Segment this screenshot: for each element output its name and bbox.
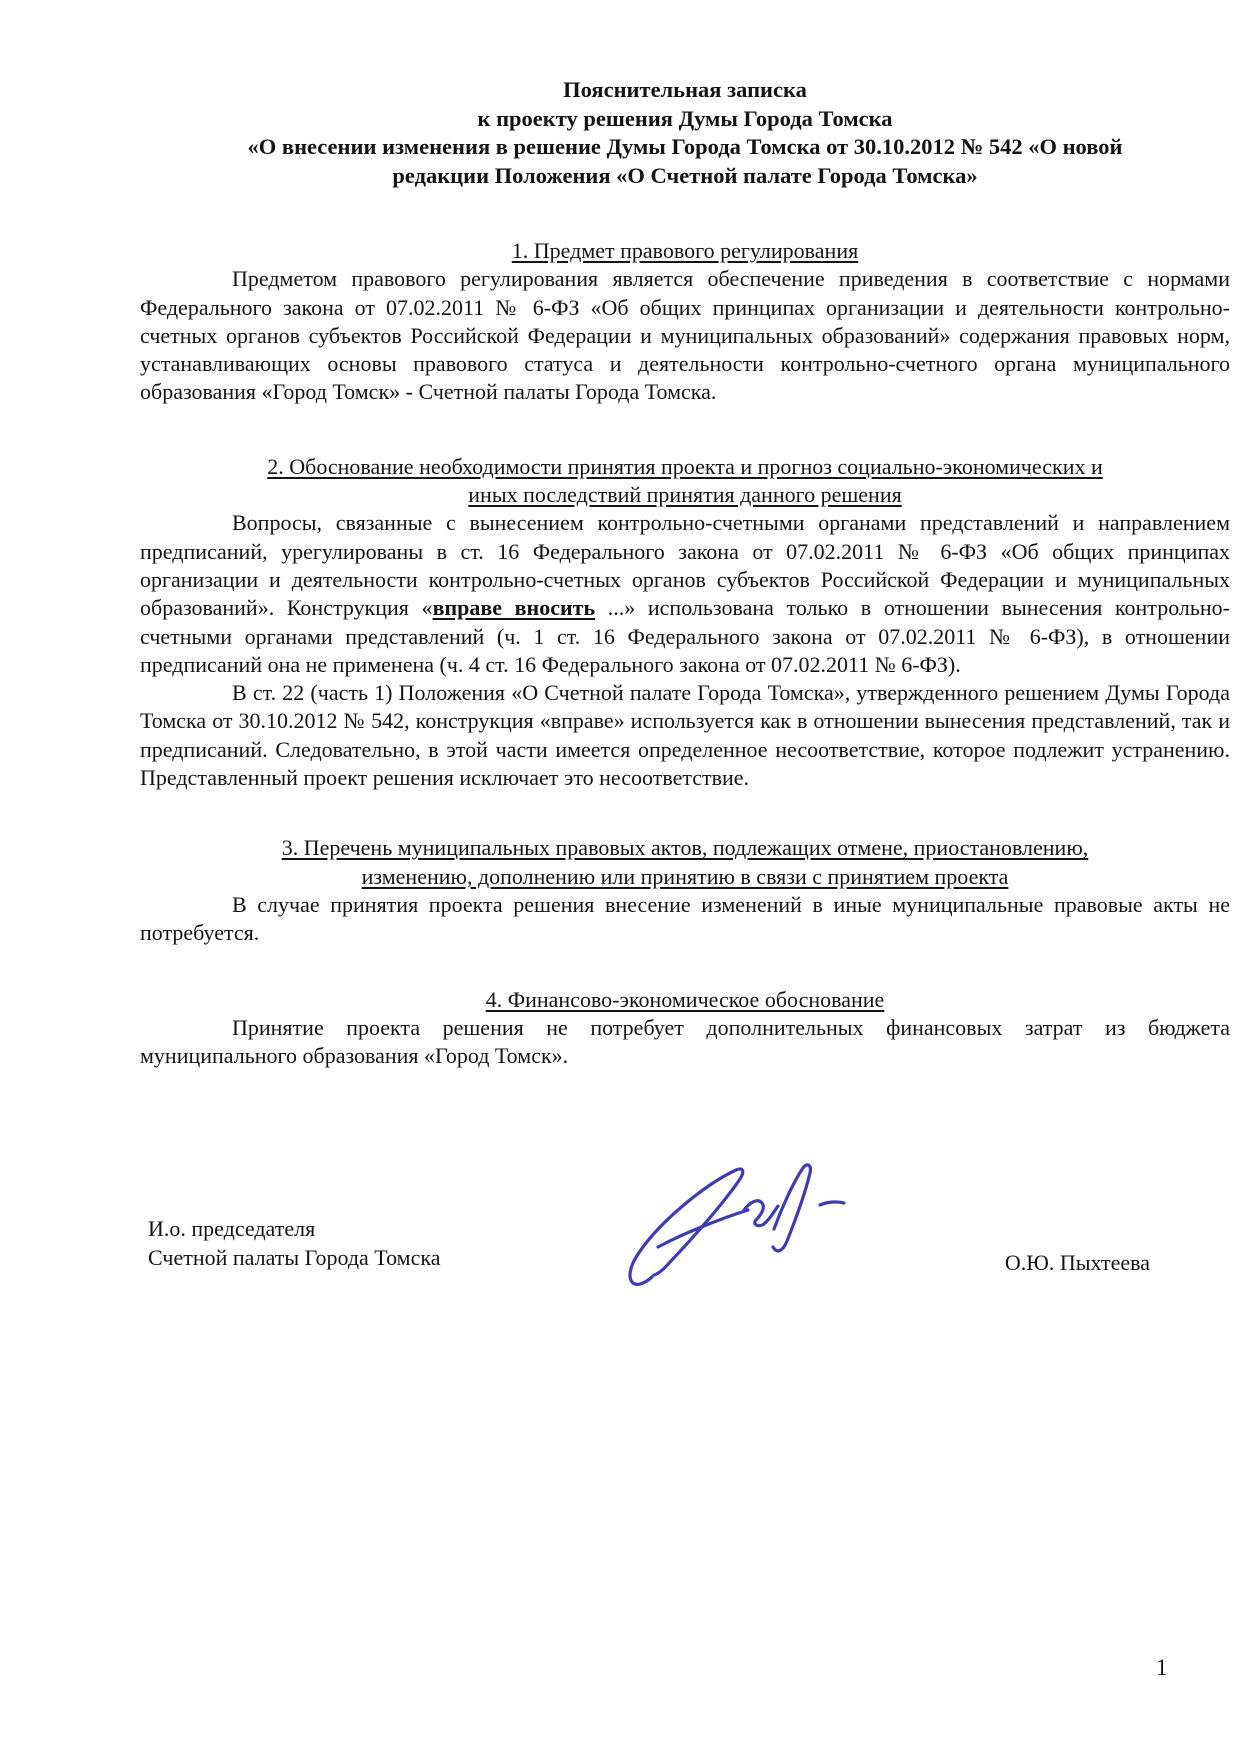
document-content: Пояснительная записка к проекту решения … (140, 76, 1230, 1355)
heading-line: изменению, дополнению или принятию в свя… (140, 863, 1230, 891)
emphasized-phrase: вправе вносить (433, 595, 596, 620)
signature-block: И.о. председателя Счетной палаты Города … (140, 1215, 1230, 1355)
paragraph: Принятие проекта решения не потребует до… (140, 1014, 1230, 1071)
heading-line: 3. Перечень муниципальных правовых актов… (140, 834, 1230, 862)
signer-position-line: И.о. председателя (148, 1215, 440, 1243)
heading-line: 2. Обоснование необходимости принятия пр… (140, 453, 1230, 481)
signer-name: О.Ю. Пыхтеева (1005, 1249, 1150, 1277)
section-heading-4: 4. Финансово-экономическое обоснование (140, 986, 1230, 1014)
title-line: Пояснительная записка (140, 76, 1230, 105)
section-heading-2: 2. Обоснование необходимости принятия пр… (140, 453, 1230, 510)
page-number: 1 (1156, 1654, 1168, 1682)
handwritten-signature (622, 1157, 862, 1302)
paragraph: В ст. 22 (часть 1) Положения «О Счетной … (140, 679, 1230, 792)
title-line: редакции Положения «О Счетной палате Гор… (140, 162, 1230, 191)
document-page: Пояснительная записка к проекту решения … (0, 0, 1240, 1753)
heading-line: иных последствий принятия данного решени… (140, 481, 1230, 509)
title-line: к проекту решения Думы Города Томска (140, 105, 1230, 134)
section-heading-1: 1. Предмет правового регулирования (140, 237, 1230, 265)
section-heading-3: 3. Перечень муниципальных правовых актов… (140, 834, 1230, 891)
paragraph: Вопросы, связанные с вынесением контроль… (140, 509, 1230, 679)
paragraph: В случае принятия проекта решения внесен… (140, 891, 1230, 948)
heading-line: 1. Предмет правового регулирования (140, 237, 1230, 265)
title-line: «О внесении изменения в решение Думы Гор… (140, 133, 1230, 162)
signer-position: И.о. председателя Счетной палаты Города … (148, 1215, 440, 1272)
paragraph: Предметом правового регулирования являет… (140, 265, 1230, 406)
heading-line: 4. Финансово-экономическое обоснование (140, 986, 1230, 1014)
signer-position-line: Счетной палаты Города Томска (148, 1244, 440, 1272)
document-title: Пояснительная записка к проекту решения … (140, 76, 1230, 190)
